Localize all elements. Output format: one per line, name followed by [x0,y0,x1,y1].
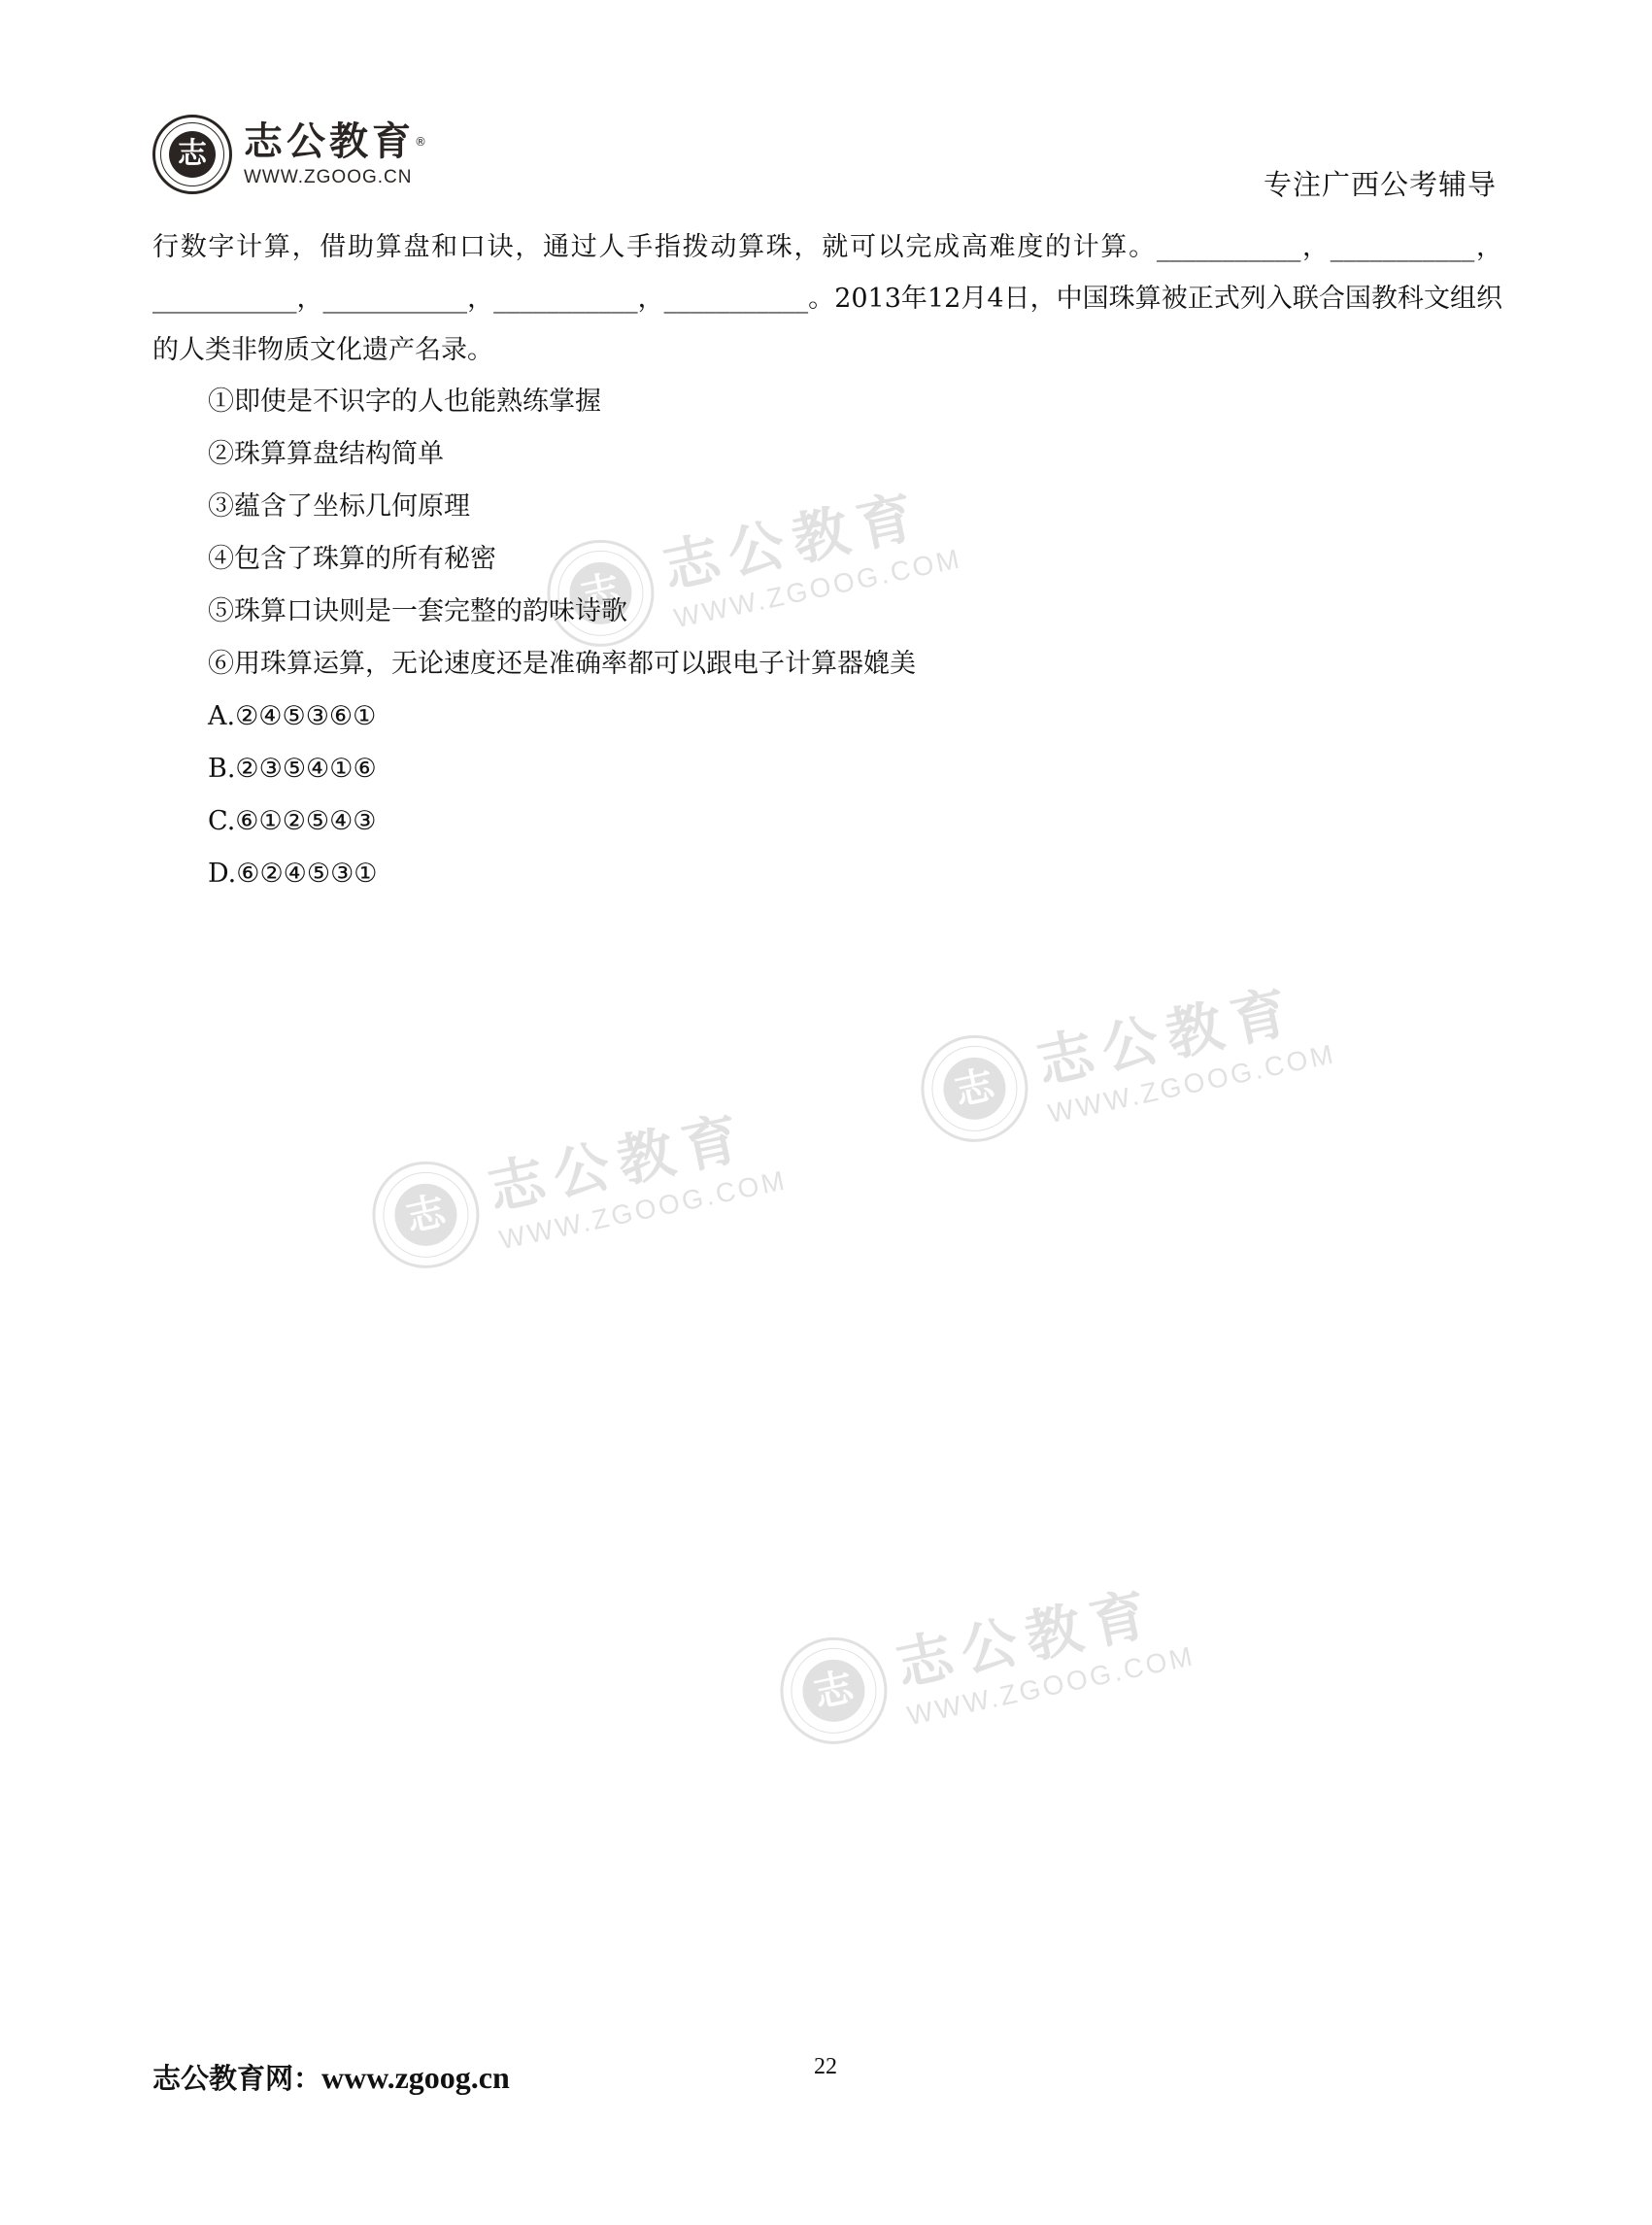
brand-url: WWW.ZGOOG.CN [244,167,426,188]
watermark-text: 志公教育WWW.ZGOOG.COM [480,1085,790,1256]
watermark-seal-icon: 志 [362,1152,489,1278]
option-a: A.②④⑤③⑥① [208,691,1502,743]
option-b: B.②③⑤④①⑥ [208,743,1502,795]
logo-seal-icon: 志 [152,115,232,194]
watermark-url: WWW.ZGOOG.COM [496,1164,790,1256]
watermark: 志 志公教育WWW.ZGOOG.COM [362,1085,791,1281]
statement-6: ⑥用珠算运算，无论速度还是准确率都可以跟电子计算器媲美 [208,638,1502,691]
seal-glyph: 志 [796,1654,870,1728]
seal-ring [375,1164,476,1265]
watermark-name: 志公教育 [1028,959,1332,1099]
watermark-text: 志公教育WWW.ZGOOG.COM [888,1561,1197,1732]
watermark-seal-icon: 志 [911,1026,1037,1152]
brand-name: 志公教育® [244,120,426,163]
statement-4: ④包含了珠算的所有秘密 [208,533,1502,586]
footer-site-url[interactable]: www.zgoog.cn [321,2060,510,2095]
statement-1: ①即使是不识字的人也能熟练掌握 [208,376,1502,428]
seal-glyph: 志 [388,1178,462,1252]
seal-glyph: 志 [937,1052,1011,1126]
statement-3: ③蕴含了坐标几何原理 [208,481,1502,533]
registered-mark: ® [415,135,426,149]
watermark-name: 志公教育 [480,1085,784,1226]
watermark: 志 志公教育WWW.ZGOOG.COM [770,1561,1198,1757]
watermark-url: WWW.ZGOOG.COM [904,1640,1197,1732]
statement-5: ⑤珠算口诀则是一套完整的韵味诗歌 [208,586,1502,638]
seal-glyph: 志 [169,131,216,178]
option-c: C.⑥①②⑤④③ [208,795,1502,848]
footer-site: 志公教育网：www.zgoog.cn [152,2057,510,2097]
seal-ring [783,1640,884,1741]
watermark-url: WWW.ZGOOG.COM [1045,1038,1338,1129]
watermark-text: 志公教育WWW.ZGOOG.COM [1028,959,1338,1129]
watermark-name: 志公教育 [888,1561,1192,1702]
passage-text: 行数字计算，借助算盘和口诀，通过人手指拨动算珠，就可以完成高难度的计算。____… [152,221,1502,376]
footer-site-label: 志公教育网： [152,2062,321,2095]
header-logo: 志 志公教育® WWW.ZGOOG.CN [152,115,426,194]
brand-block: 志公教育® WWW.ZGOOG.CN [244,120,426,188]
seal-ring [924,1038,1025,1139]
page-number: 22 [814,2054,837,2080]
brand-name-text: 志公教育 [244,119,415,164]
question-content: 行数字计算，借助算盘和口诀，通过人手指拨动算珠，就可以完成高难度的计算。____… [152,221,1502,900]
watermark: 志 志公教育WWW.ZGOOG.COM [911,959,1339,1155]
watermark-seal-icon: 志 [770,1628,896,1754]
option-d: D.⑥②④⑤③① [208,848,1502,900]
header-slogan: 专注广西公考辅导 [1264,163,1497,203]
statement-2: ②珠算算盘结构简单 [208,428,1502,481]
